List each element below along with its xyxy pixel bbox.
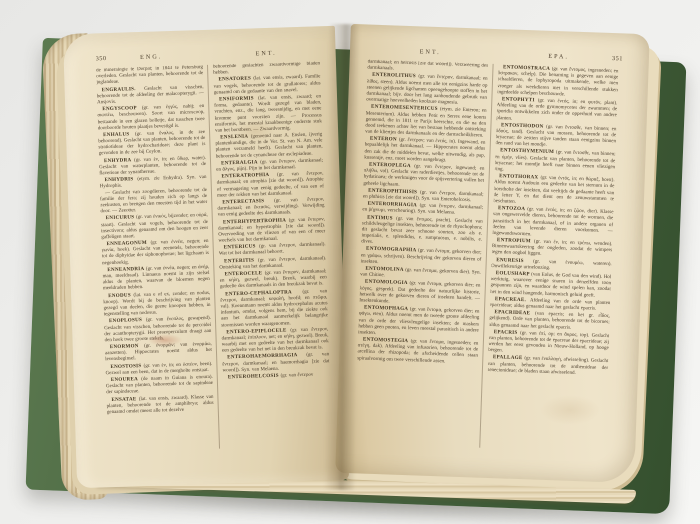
entry-headword: ENTIMUS: [367, 214, 396, 221]
entry-headword: ENTOMOSTEGIA: [363, 337, 411, 345]
entry-headword: ENTOMOLINA: [365, 266, 405, 273]
text-column: darmkanaal; en helcosis [zie dat woord])…: [352, 59, 492, 447]
entry-headword: ENTERON: [370, 136, 399, 143]
entry-headword: ENTOSTHYMENIUM: [500, 148, 556, 156]
entry-headword: ENTERECTASIS: [222, 198, 274, 206]
entry-headword: ENTERO-CEPHALOPTRA: [225, 289, 303, 297]
entry-headword: ENTERICUS: [224, 244, 260, 251]
guide-word: ENT.: [366, 46, 495, 60]
entry-headword: ENNEAGONUM: [106, 240, 150, 247]
entry-headword: ENHALUS: [103, 131, 135, 138]
entry-headword: ENTOTHORAX: [499, 173, 540, 180]
dictionary-entry: ENTIMUS (gr. van ἔντιμος, pracht). Gesla…: [361, 214, 483, 250]
dictionary-entry: ENSIFORMIS (lat. van ensis, zwaard; en f…: [214, 93, 322, 134]
entry-headword: ENTERATROPHIA: [221, 172, 277, 180]
entry-headword: ENTOMOSTRACA: [503, 64, 552, 72]
entry-headword: ENSATORES: [218, 76, 253, 83]
dictionary-entry: ENTERO-CEPHALOPTRA (gr. van ἔντερον, dar…: [220, 288, 328, 329]
entry-headword: ENTERHYPERTROPHIA: [223, 217, 289, 225]
dictionary-entry: ENTOMOSTRACA (gr. van ἔντομος, ingesnede…: [497, 64, 619, 100]
entry-headword: ENGRAULIS.: [102, 85, 145, 92]
entry-headword: ENICURUS: [106, 214, 137, 221]
entry-headword: ENTOPHYTI: [502, 96, 538, 103]
entry-headword: ENTEROLITHUS: [372, 72, 418, 80]
entry-headword: ENOPLOSUS: [109, 317, 146, 324]
entry-headword: EPALLAGE: [493, 355, 525, 362]
entry-headword: ENNEANDRIA: [107, 266, 146, 273]
dictionary-entry: ENTEROLITHUS (gr. van ἔντερον, darmkanaa…: [366, 72, 488, 108]
entry-headword: ENTOMOLOGIA: [365, 279, 410, 287]
entry-headword: ENTOMOPHAGA: [364, 305, 410, 313]
entry-headword: ENTERITIS: [224, 257, 258, 264]
entry-headword: ENSLENIA: [220, 134, 251, 141]
dictionary-entry: ENSLENIA (genoemd naar A. Enslen, ijveri…: [215, 131, 323, 160]
entry-headword: ENTEROCELE: [224, 270, 264, 277]
text-column: de mineralogie te Dorpat; in 1843 te Pet…: [94, 65, 219, 452]
entry-headword: ENSATAE: [111, 396, 139, 403]
dictionary-entry: ENTOTHORAX (gr. van ἐντός, in; en θώραξ,…: [493, 173, 615, 209]
dictionary-entry: — Geslacht van zoogdieren, behoorende to…: [100, 188, 208, 216]
entry-headword: EOLUSHARP: [496, 270, 532, 277]
entry-headword: ENODUS: [108, 292, 134, 299]
page-number-left: 350: [96, 55, 107, 62]
dictionary-entry: ENNEAGONUM (gr. van ἐννέα, negen; en γων…: [101, 238, 209, 267]
page-number-right: 351: [612, 55, 623, 62]
entry-headword: ENTOMOGRAPHIA: [366, 246, 418, 254]
entry-headword: ENTEROPHTHISIS: [368, 187, 420, 195]
dictionary-entry: EPALLAGE (gr. van ἐναλλαγή, afwisseling)…: [487, 354, 608, 378]
guide-word: EPA.: [494, 51, 623, 65]
entry-headword: ENURESIS: [496, 257, 533, 264]
entry-headword: ENTROPIUM: [497, 237, 534, 244]
dictionary-entry: ENTERATROPHIA (gr. van ἔντερον, darmkana…: [216, 170, 324, 199]
dictionary-entry: ENTEROMESENTERICUS (etym. zie Enteron; e…: [365, 104, 487, 140]
left-page-columns: de mineralogie te Dorpat; in 1843 te Pet…: [94, 61, 336, 452]
dictionary-entry: ENNEANDRIA (gr. van ἐννέα, negen; en ἀνή…: [102, 264, 210, 293]
dictionary-entry: ENGYSCOOP (gr. van ἐγγύς, nabij; en σκοπ…: [97, 103, 205, 132]
right-page: ENT. EPA. 351 darmkanaal; en helcosis [z…: [335, 24, 649, 483]
dictionary-entry: ENTOZOA (gr. van ἐντός, in; en ζῷον, die…: [492, 205, 614, 241]
entry-headword: ENTOZOA: [498, 205, 527, 212]
entry-headword: EPACREAE.: [495, 296, 530, 303]
dictionary-entry: ENHALUS (gr. van ἔναλος, in de zee behoo…: [98, 129, 206, 158]
entry-headword: ENGYSCOOP: [102, 105, 142, 112]
entry-headword: ENTERORRHAGIA: [368, 201, 420, 209]
right-page-columns: darmkanaal; en helcosis [zie dat woord])…: [352, 59, 622, 452]
entry-headword: EPACRIDEAE: [494, 309, 535, 316]
entry-headword: ENOSTOSIS: [110, 363, 143, 370]
entry-headword: ENHYDRIS: [104, 176, 137, 183]
dictionary-entry: ENICURUS (gr. van ἑνικός, bijzonder; en …: [101, 212, 209, 241]
text-column: ENTOMOSTRACA (gr. van ἔντομος, ingesnede…: [479, 64, 623, 452]
entry-headword: ENTEROPLEGA: [369, 162, 414, 170]
entry-headword: ENTERALGIA: [221, 159, 260, 166]
dictionary-entry: ENOPLOSUS (gr. van ἔνοπλος, gewapend). G…: [104, 315, 212, 344]
entry-headword: ENTERO-EPIPLOCELE: [226, 327, 290, 335]
dictionary-entry: ENODUS (lat. van e of ex, zonder; en nod…: [103, 289, 211, 318]
gutter-shadow: [324, 24, 361, 490]
entry-headword: ENSIFORMIS: [219, 95, 258, 102]
dictionary-entry: ENSATAE (lat. van ensis, zwaard). Klasse…: [106, 393, 214, 416]
text-column: behoorende geslachten zwaardvormige blad…: [207, 61, 336, 448]
book-photo: 350 ENG. ENT. de mineralogie te Dorpat; …: [0, 0, 700, 524]
entry-headword: ENTEROMESENTERICUS: [371, 104, 440, 112]
guide-word: ENG.: [94, 52, 209, 66]
guide-word: ENT.: [209, 48, 324, 62]
entry-headword: ENHYDRA: [104, 157, 134, 164]
entry-headword: ENORMON: [110, 343, 145, 350]
left-page: 350 ENG. ENT. de mineralogie te Dorpat; …: [63, 26, 349, 488]
dictionary-entry: ENTERO-EPIPLOCELE (gr. van ἔντερον, darm…: [221, 326, 329, 355]
entry-headword: ENTEROHAEMORRHAGIA: [227, 352, 306, 360]
dictionary-entry: ENTOMOSTEGIA (gr. van ἔντομα, ingesneden…: [357, 336, 478, 366]
dictionary-entry: ENTERHYPERTROPHIA (gr. van ἔντερον, darm…: [218, 216, 326, 245]
entry-headword: ENTEROHELCOSIS: [228, 373, 281, 381]
entry-headword: ENOUREA: [111, 376, 142, 383]
entry-headword: ENTOSTHODON: [501, 122, 546, 130]
dictionary-entry: ENTOMOPHAGA (gr. van ἔντομα, gekorven di…: [358, 305, 480, 341]
entry-headword: EPACRIS: [494, 329, 521, 336]
